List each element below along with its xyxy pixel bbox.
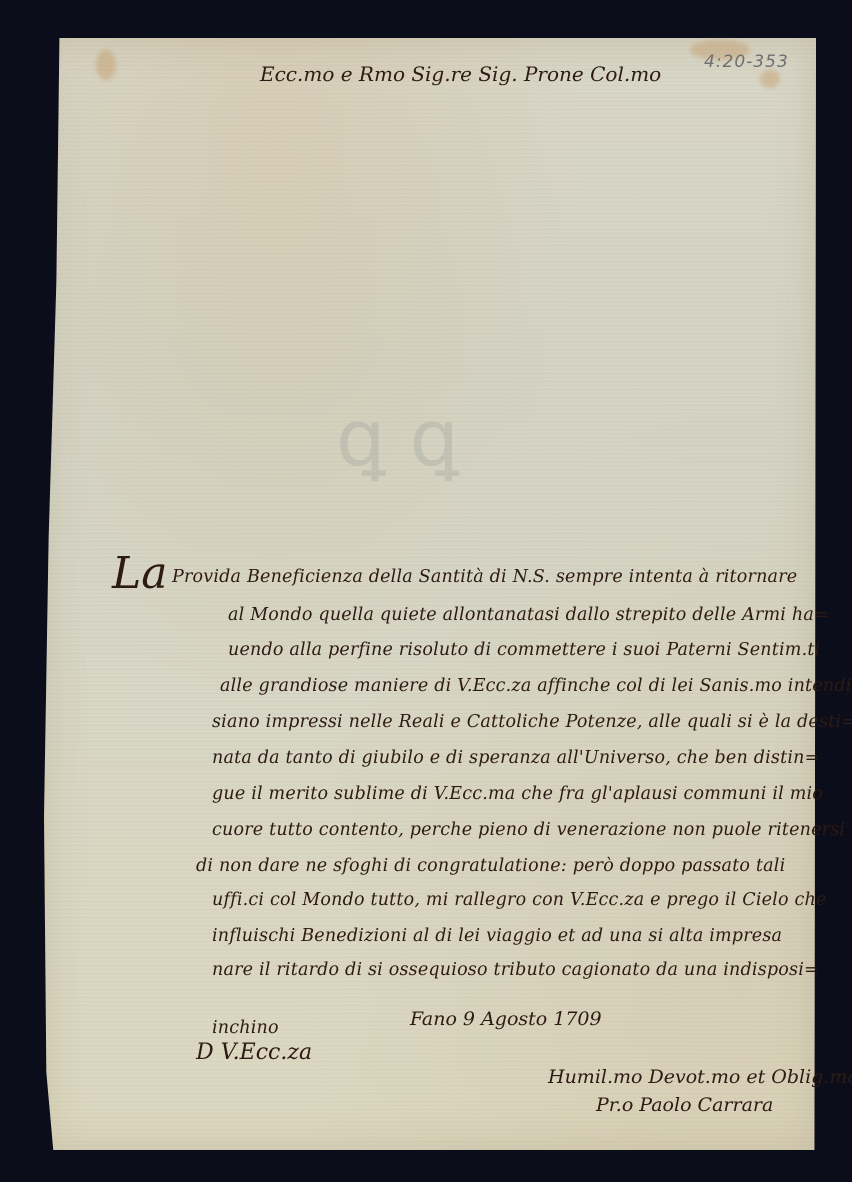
body-line: gue il merito sublime di V.Ecc.ma che fr… — [212, 784, 823, 804]
closing-address: D V.Ecc.za — [196, 1040, 312, 1065]
drop-initial: La — [112, 548, 167, 599]
place-date: Fano 9 Agosto 1709 — [410, 1008, 602, 1030]
body-line: alle grandiose maniere di V.Ecc.za affin… — [220, 676, 852, 696]
signature-formula: Humil.mo Devot.mo et Oblig.mo Serv.re — [548, 1066, 852, 1088]
stain — [760, 70, 780, 88]
body-line: nata da tanto di giubilo e di speranza a… — [212, 748, 819, 768]
body-line: uendo alla perfine risoluto di commetter… — [228, 640, 820, 660]
stain — [96, 50, 116, 80]
archive-number: 4:20-353 — [704, 52, 789, 72]
salutation: Ecc.mo e Rmo Sig.re Sig. Prone Col.mo — [260, 62, 661, 86]
body-line: inchino — [212, 1018, 279, 1038]
body-line: al Mondo quella quiete allontanatasi dal… — [228, 605, 829, 625]
body-line: nare il ritardo di si ossequioso tributo… — [212, 960, 819, 980]
document-scan: 4:20-353 ꝗꝗ Ecc.mo e Rmo Sig.re Sig. Pro… — [0, 0, 852, 1182]
body-line: di non dare ne sfoghi di congratulatione… — [196, 856, 785, 876]
body-line: Provida Beneficienza della Santità di N.… — [172, 567, 797, 587]
body-line: cuore tutto contento, perche pieno di ve… — [212, 820, 845, 840]
watermark: ꝗꝗ — [336, 400, 476, 530]
body-line: uffi.ci col Mondo tutto, mi rallegro con… — [212, 890, 827, 910]
signature-name: Pr.o Paolo Carrara — [596, 1094, 773, 1116]
body-line: siano impressi nelle Reali e Cattoliche … — [212, 712, 852, 732]
body-line: influischi Benedizioni al di lei viaggio… — [212, 926, 782, 946]
